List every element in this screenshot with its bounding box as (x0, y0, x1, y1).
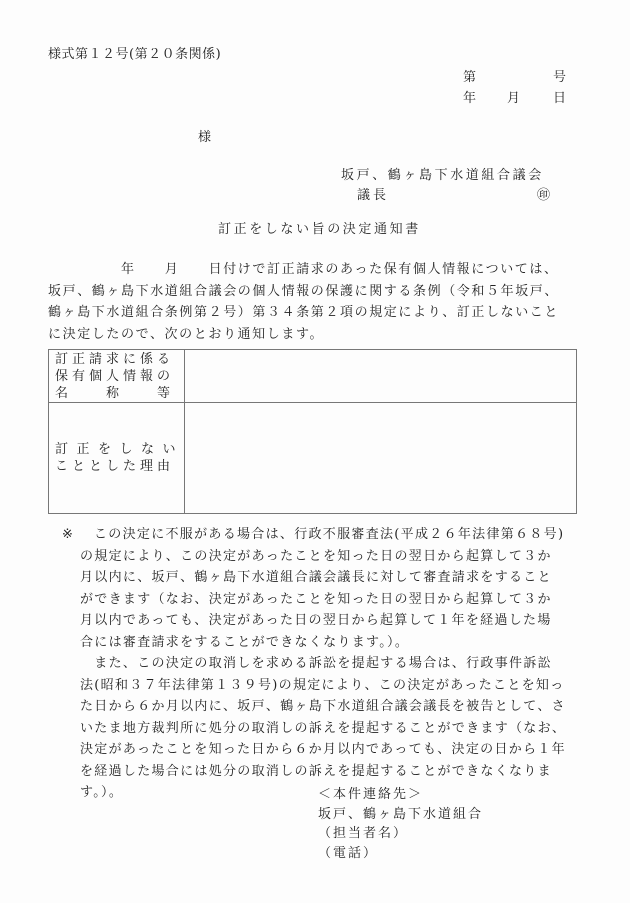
contact-org: 坂戸、鶴ヶ島下水道組合 (318, 805, 483, 825)
addressee-suffix: 様 (198, 130, 211, 146)
note-line: 月以内であっても、決定があった日の翌日から起算して１年を経過した場 (80, 610, 605, 632)
doc-number-suffix: 号 (553, 70, 566, 86)
label-line: こととした理由 (55, 458, 184, 475)
contact-person: （担当者名） (318, 824, 483, 844)
note-line: を経過した場合には処分の取消しの訴えを提起することができなくなりま (80, 761, 605, 783)
doc-number-prefix: 第 (463, 70, 476, 86)
body-text: 年 月 日付けで訂正請求のあった保有個人情報については、 坂戸、鶴ヶ島下水道組合… (48, 259, 593, 345)
document-title: 訂正をしない旨の決定通知書 (218, 222, 421, 238)
note-line: た日から６か月以内に、坂戸、鶴ヶ島下水道組合議会議長を被告として、さ (80, 696, 605, 718)
label-line: 名 称 等 (55, 385, 184, 402)
contact-heading: ＜本件連絡先＞ (318, 785, 483, 805)
label-line: 訂正請求に係る (55, 351, 184, 368)
note-line: ができます（なお、決定があったことを知った日の翌日から起算して３か (80, 589, 605, 611)
info-table: 訂正請求に係る 保有個人情報の 名 称 等 訂正をしない こととした理由 (48, 349, 577, 514)
value-requested-info-name[interactable] (185, 350, 577, 403)
note-line: の規定により、この決定があったことを知った日の翌日から起算して３か (80, 546, 605, 568)
label-line: 訂正をしない (55, 441, 184, 458)
label-requested-info-name: 訂正請求に係る 保有個人情報の 名 称 等 (49, 350, 185, 403)
contact-phone: （電話） (318, 844, 483, 864)
seal-mark: ㊞ (537, 188, 550, 204)
form-number: 様式第１２号(第２０条関係) (48, 47, 221, 63)
contact-block: ＜本件連絡先＞ 坂戸、鶴ヶ島下水道組合 （担当者名） （電話） (318, 785, 483, 863)
sender-org: 坂戸、鶴ヶ島下水道組合議会 (341, 168, 544, 184)
body-line: 鶴ヶ島下水道組合条例第２号）第３４条第２項の規定により、訂正しないこと (48, 302, 593, 324)
date-day: 日 (553, 91, 566, 107)
note-mark: ※ (62, 527, 73, 543)
body-line: に決定したので、次のとおり通知します。 (48, 324, 593, 346)
sender-title: 議長 (357, 188, 389, 204)
date-month: 月 (507, 91, 520, 107)
note-line: 法(昭和３７年法律第１３９号)の規定により、この決定があったことを知っ (80, 675, 605, 697)
note-line: 決定があったことを知った日から６か月以内であっても、決定の日から１年 (80, 739, 605, 761)
date-year: 年 (463, 91, 476, 107)
appeal-notes: この決定に不服がある場合は、行政不服審査法(平成２６年法律第６８号) の規定によ… (80, 524, 605, 804)
label-line: 保有個人情報の (55, 368, 184, 385)
label-reason-not-corrected: 訂正をしない こととした理由 (49, 403, 185, 514)
note-line: いたま地方裁判所に処分の取消しの訴えを提起することができます（なお、 (80, 718, 605, 740)
value-reason-not-corrected[interactable] (185, 403, 577, 514)
note-line: この決定に不服がある場合は、行政不服審査法(平成２６年法律第６８号) (80, 524, 605, 546)
body-line: 坂戸、鶴ヶ島下水道組合議会の個人情報の保護に関する条例（令和５年坂戸、 (48, 281, 593, 303)
note-line: また、この決定の取消しを求める訴訟を提起する場合は、行政事件訴訟 (80, 653, 605, 675)
body-line: 年 月 日付けで訂正請求のあった保有個人情報については、 (48, 259, 593, 281)
note-line: 合には審査請求をすることができなくなります。）。 (80, 632, 605, 654)
note-line: 月以内に、坂戸、鶴ヶ島下水道組合議会議長に対して審査請求をすること (80, 567, 605, 589)
